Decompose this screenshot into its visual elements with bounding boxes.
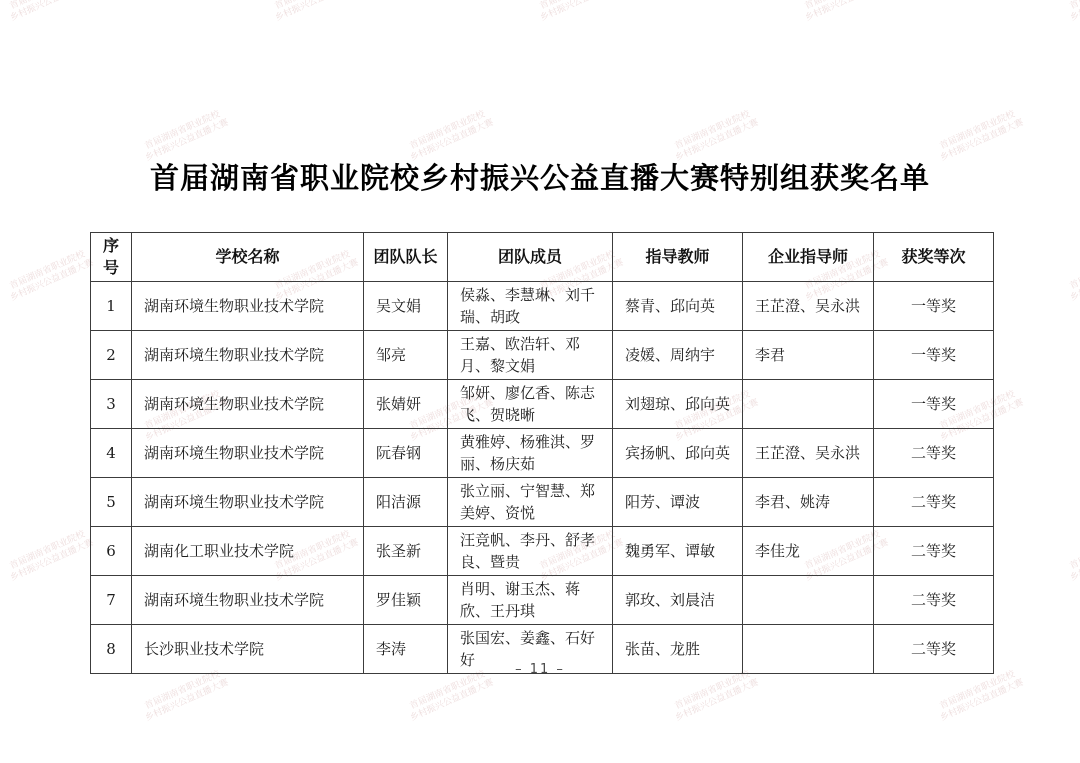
page-title: 首届湖南省职业院校乡村振兴公益直播大赛特别组获奖名单 [0, 156, 1080, 197]
cell-award: 二等奖 [874, 429, 994, 478]
cell-teachers: 蔡青、邱向英 [613, 282, 743, 331]
cell-members: 张立丽、宁智慧、郑美婷、资悦 [448, 478, 613, 527]
page-number: – 11 – [0, 662, 1080, 677]
document-page: 首届湖南省职业院校乡村振兴公益直播大赛首届湖南省职业院校乡村振兴公益直播大赛首届… [0, 0, 1080, 763]
cell-teachers: 魏勇军、谭敏 [613, 527, 743, 576]
watermark-text: 首届湖南省职业院校乡村振兴公益直播大赛 [269, 0, 360, 24]
header-cell: 团队队长 [364, 233, 448, 282]
cell-members: 邹妍、廖亿香、陈志飞、贺晓晰 [448, 380, 613, 429]
watermark-text: 首届湖南省职业院校乡村振兴公益直播大赛 [1064, 248, 1080, 305]
cell-leader: 张婧妍 [364, 380, 448, 429]
cell-award: 一等奖 [874, 380, 994, 429]
cell-school: 湖南环境生物职业技术学院 [132, 380, 364, 429]
cell-no: 3 [91, 380, 132, 429]
header-cell: 团队成员 [448, 233, 613, 282]
cell-leader: 罗佳颖 [364, 576, 448, 625]
cell-school: 湖南环境生物职业技术学院 [132, 576, 364, 625]
table-row: 2湖南环境生物职业技术学院邹亮王嘉、欧浩轩、邓月、黎文娟凌媛、周纳宇李君一等奖 [91, 331, 994, 380]
watermark-text: 首届湖南省职业院校乡村振兴公益直播大赛 [799, 0, 890, 24]
cell-no: 5 [91, 478, 132, 527]
header-cell: 学校名称 [132, 233, 364, 282]
cell-members: 王嘉、欧浩轩、邓月、黎文娟 [448, 331, 613, 380]
cell-no: 1 [91, 282, 132, 331]
cell-teachers: 刘翅琼、邱向英 [613, 380, 743, 429]
cell-no: 6 [91, 527, 132, 576]
header-row: 序号学校名称团队队长团队成员指导教师企业指导师获奖等次 [91, 233, 994, 282]
table-row: 6湖南化工职业技术学院张圣新汪竞帆、李丹、舒孝良、暨贵魏勇军、谭敏李佳龙二等奖 [91, 527, 994, 576]
cell-leader: 邹亮 [364, 331, 448, 380]
watermark-text: 首届湖南省职业院校乡村振兴公益直播大赛 [1064, 0, 1080, 24]
cell-school: 湖南环境生物职业技术学院 [132, 429, 364, 478]
table-row: 3湖南环境生物职业技术学院张婧妍邹妍、廖亿香、陈志飞、贺晓晰刘翅琼、邱向英一等奖 [91, 380, 994, 429]
table-row: 1湖南环境生物职业技术学院吴文娟侯淼、李慧琳、刘千瑞、胡政蔡青、邱向英王芷澄、吴… [91, 282, 994, 331]
cell-teachers: 宾扬帆、邱向英 [613, 429, 743, 478]
cell-enterprise: 王芷澄、吴永洪 [743, 429, 874, 478]
watermark-text: 首届湖南省职业院校乡村振兴公益直播大赛 [1064, 528, 1080, 585]
watermark-text: 首届湖南省职业院校乡村振兴公益直播大赛 [4, 248, 95, 305]
cell-members: 肖明、谢玉杰、蒋欣、王丹琪 [448, 576, 613, 625]
cell-enterprise [743, 380, 874, 429]
cell-leader: 张圣新 [364, 527, 448, 576]
cell-teachers: 郭玫、刘晨洁 [613, 576, 743, 625]
table-row: 4湖南环境生物职业技术学院阮春钢黄雅婷、杨雅淇、罗丽、杨庆茹宾扬帆、邱向英王芷澄… [91, 429, 994, 478]
cell-leader: 吴文娟 [364, 282, 448, 331]
cell-award: 二等奖 [874, 576, 994, 625]
cell-enterprise: 李佳龙 [743, 527, 874, 576]
cell-members: 黄雅婷、杨雅淇、罗丽、杨庆茹 [448, 429, 613, 478]
cell-award: 一等奖 [874, 282, 994, 331]
watermark-text: 首届湖南省职业院校乡村振兴公益直播大赛 [534, 0, 625, 24]
cell-award: 二等奖 [874, 527, 994, 576]
table-row: 7湖南环境生物职业技术学院罗佳颖肖明、谢玉杰、蒋欣、王丹琪郭玫、刘晨洁二等奖 [91, 576, 994, 625]
watermark-text: 首届湖南省职业院校乡村振兴公益直播大赛 [4, 0, 95, 24]
cell-school: 湖南环境生物职业技术学院 [132, 478, 364, 527]
cell-school: 湖南化工职业技术学院 [132, 527, 364, 576]
table-row: 5湖南环境生物职业技术学院阳洁源张立丽、宁智慧、郑美婷、资悦阳芳、谭波李君、姚涛… [91, 478, 994, 527]
cell-no: 4 [91, 429, 132, 478]
cell-teachers: 阳芳、谭波 [613, 478, 743, 527]
header-cell: 指导教师 [613, 233, 743, 282]
cell-leader: 阳洁源 [364, 478, 448, 527]
cell-school: 湖南环境生物职业技术学院 [132, 282, 364, 331]
header-cell: 企业指导师 [743, 233, 874, 282]
cell-members: 汪竞帆、李丹、舒孝良、暨贵 [448, 527, 613, 576]
cell-enterprise [743, 576, 874, 625]
award-table: 序号学校名称团队队长团队成员指导教师企业指导师获奖等次 1湖南环境生物职业技术学… [90, 232, 994, 674]
cell-enterprise: 王芷澄、吴永洪 [743, 282, 874, 331]
cell-leader: 阮春钢 [364, 429, 448, 478]
cell-teachers: 凌媛、周纳宇 [613, 331, 743, 380]
cell-members: 侯淼、李慧琳、刘千瑞、胡政 [448, 282, 613, 331]
table-body: 1湖南环境生物职业技术学院吴文娟侯淼、李慧琳、刘千瑞、胡政蔡青、邱向英王芷澄、吴… [91, 282, 994, 674]
cell-award: 一等奖 [874, 331, 994, 380]
table-header-row: 序号学校名称团队队长团队成员指导教师企业指导师获奖等次 [91, 233, 994, 282]
cell-award: 二等奖 [874, 478, 994, 527]
cell-no: 2 [91, 331, 132, 380]
watermark-text: 首届湖南省职业院校乡村振兴公益直播大赛 [4, 528, 95, 585]
cell-no: 7 [91, 576, 132, 625]
cell-enterprise: 李君 [743, 331, 874, 380]
header-cell: 序号 [91, 233, 132, 282]
cell-school: 湖南环境生物职业技术学院 [132, 331, 364, 380]
cell-enterprise: 李君、姚涛 [743, 478, 874, 527]
header-cell: 获奖等次 [874, 233, 994, 282]
